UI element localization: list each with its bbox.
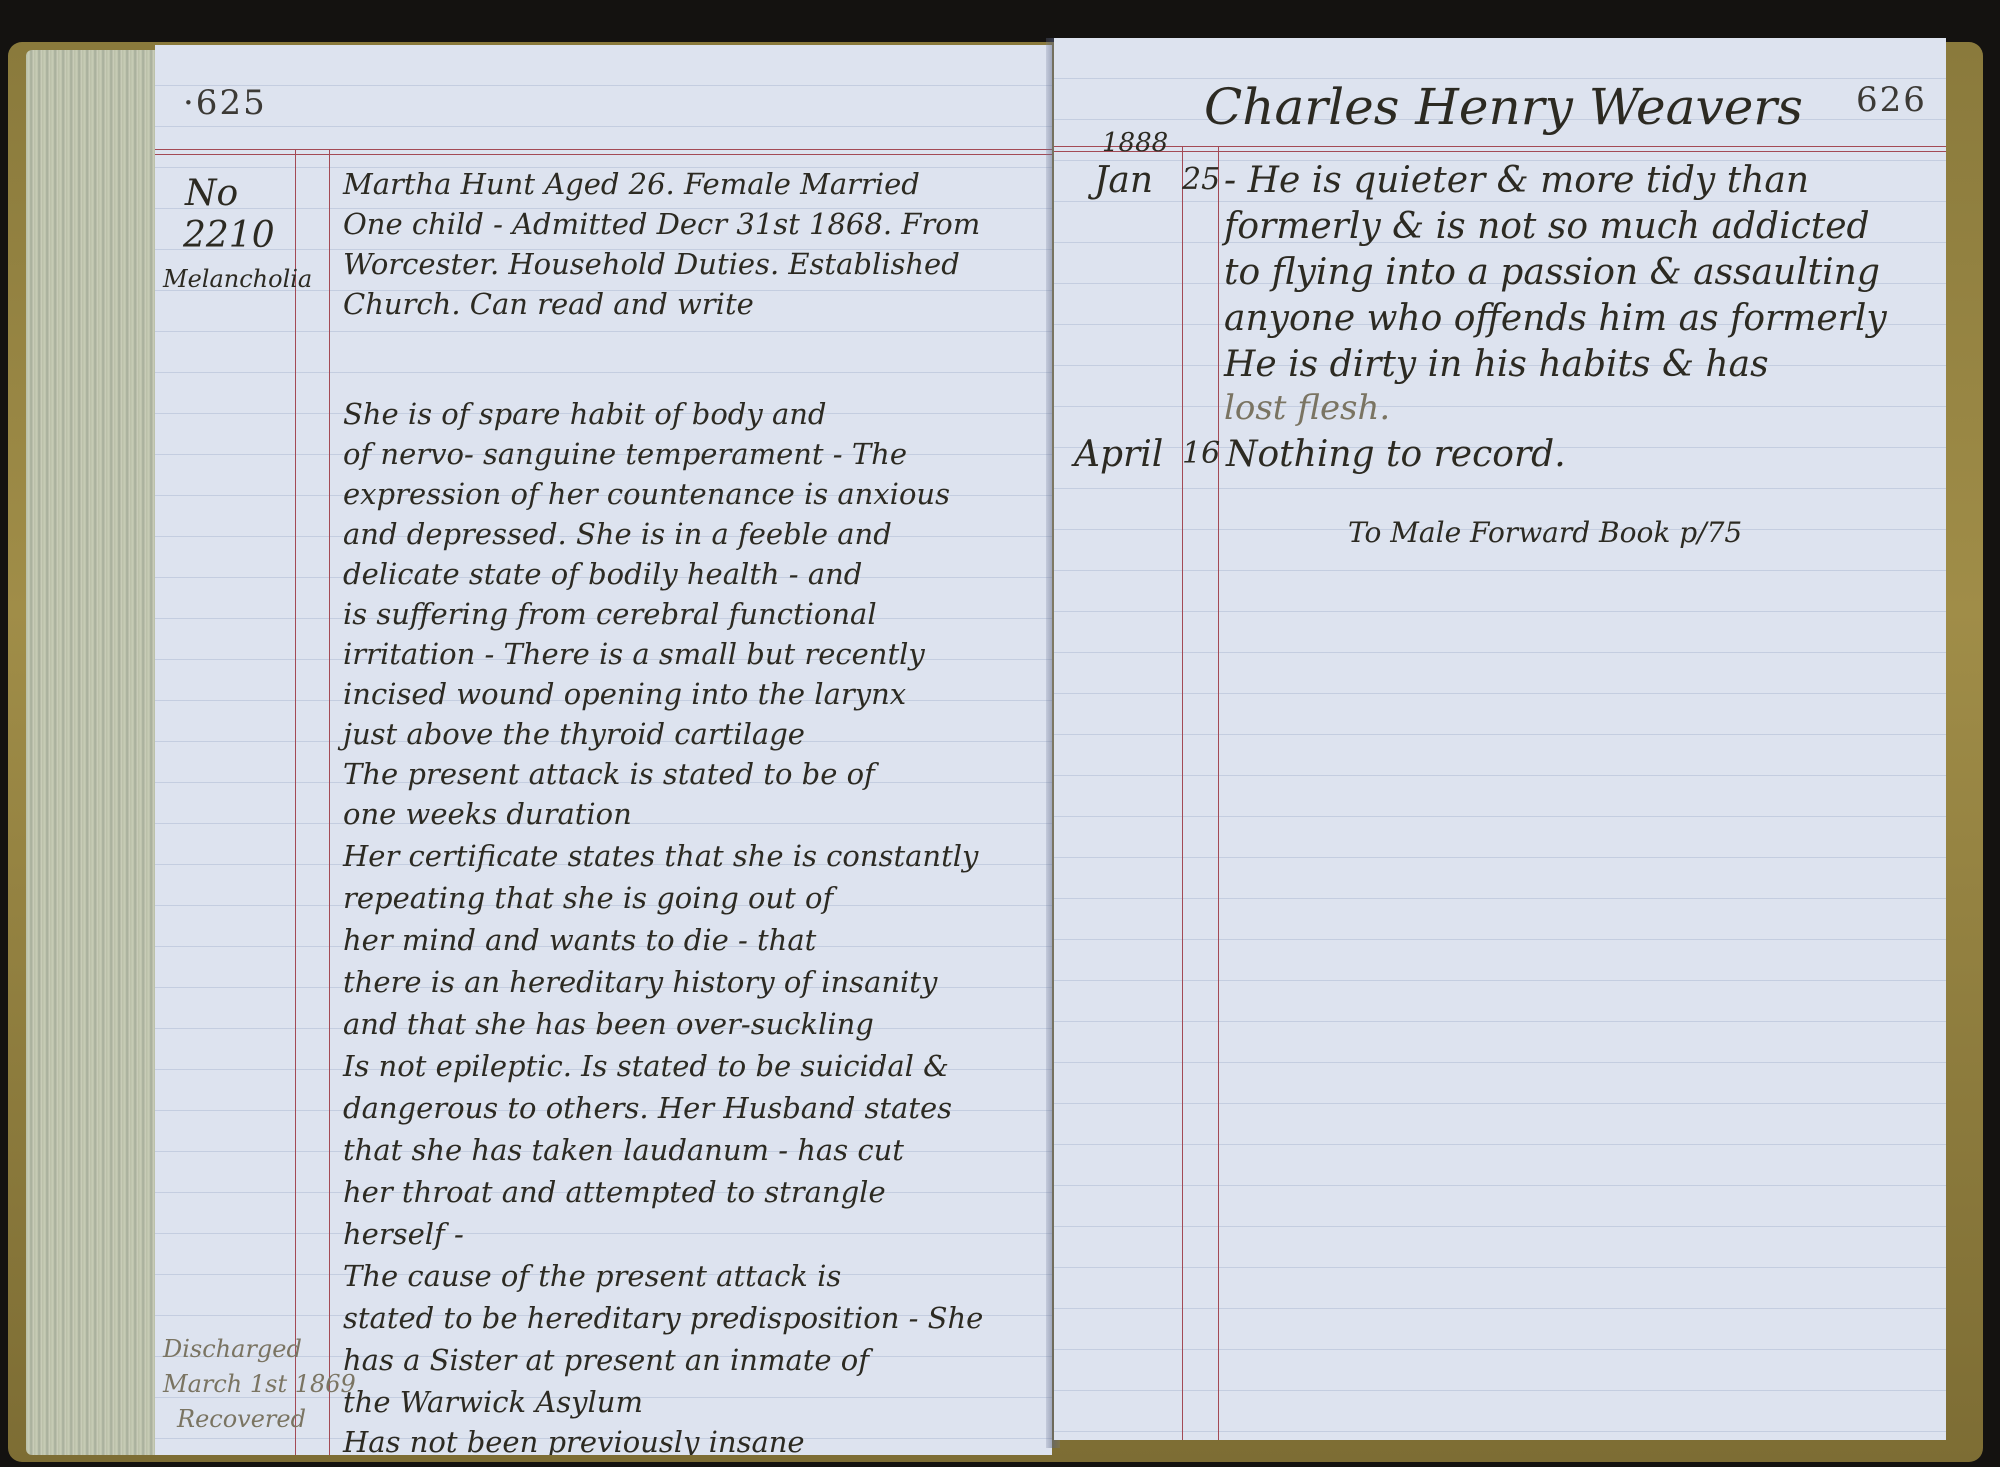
entry-line: herself -	[343, 1217, 464, 1251]
entry-line: repeating that she is going out of	[343, 881, 833, 915]
page-number-right: 626	[1856, 80, 1927, 120]
entry-month: April	[1074, 434, 1163, 475]
entry-year: 1888	[1102, 128, 1168, 158]
progress-note-line: - He is quieter & more tidy than	[1224, 160, 1809, 201]
date-rule-1	[1182, 146, 1183, 1440]
entry-month: Jan	[1094, 160, 1153, 201]
entry-line: One child - Admitted Decr 31st 1868. Fro…	[343, 207, 980, 241]
entry-line: Church. Can read and write	[343, 287, 754, 321]
entry-day: 16	[1182, 436, 1220, 471]
left-page: ·625 No 2210 Melancholia Discharged Marc…	[155, 45, 1052, 1455]
margin-rule-2	[329, 149, 330, 1455]
entry-line: Worcester. Household Duties. Established	[343, 247, 960, 281]
page-edges	[26, 50, 156, 1455]
margin-rule-1	[295, 149, 296, 1455]
entry-line: the Warwick Asylum	[343, 1385, 643, 1419]
discharge-date: March 1st 1869	[163, 1370, 356, 1398]
case-label: No	[185, 173, 238, 214]
entry-line: just above the thyroid cartilage	[343, 717, 805, 751]
header-rule	[1054, 146, 1946, 152]
entry-line: Her certificate states that she is const…	[343, 839, 978, 873]
entry-line: of nervo- sanguine temperament - The	[343, 437, 907, 471]
discharge-note: Discharged	[163, 1335, 302, 1363]
entry-line: Has not been previously insane	[343, 1425, 805, 1455]
progress-note-line: anyone who offends him as formerly	[1224, 298, 1887, 339]
progress-note-line: Nothing to record.	[1226, 434, 1566, 475]
patient-name-heading: Charles Henry Weavers	[1204, 78, 1803, 136]
entry-line: incised wound opening into the larynx	[343, 677, 906, 711]
progress-note-line: He is dirty in his habits & has	[1224, 344, 1769, 385]
entry-line: The cause of the present attack is	[343, 1259, 841, 1293]
entry-line: expression of her countenance is anxious	[343, 477, 950, 511]
entry-line: Martha Hunt Aged 26. Female Married	[343, 167, 920, 201]
header-rule	[155, 149, 1052, 155]
entry-line: that she has taken laudanum - has cut	[343, 1133, 904, 1167]
entry-line: irritation - There is a small but recent…	[343, 637, 925, 671]
entry-line: The present attack is stated to be of	[343, 757, 875, 791]
entry-line: her mind and wants to die - that	[343, 923, 816, 957]
date-rule-2	[1218, 146, 1219, 1440]
right-page: Charles Henry Weavers 626 1888 Jan 25 - …	[1054, 38, 1946, 1440]
progress-note-line: lost flesh.	[1224, 388, 1390, 428]
entry-line: dangerous to others. Her Husband states	[343, 1091, 952, 1125]
entry-line: stated to be hereditary predisposition -…	[343, 1301, 983, 1335]
progress-note-line: formerly & is not so much addicted	[1224, 206, 1870, 247]
entry-line: her throat and attempted to strangle	[343, 1175, 886, 1209]
entry-line: Is not epileptic. Is stated to be suicid…	[343, 1049, 949, 1083]
entry-line: is suffering from cerebral functional	[343, 597, 877, 631]
entry-day: 25	[1182, 162, 1220, 197]
case-number: 2210	[183, 215, 275, 256]
transfer-note: To Male Forward Book p/75	[1348, 516, 1742, 549]
entry-line: there is an hereditary history of insani…	[343, 965, 937, 999]
entry-line: and depressed. She is in a feeble and	[343, 517, 892, 551]
discharge-outcome: Recovered	[177, 1405, 306, 1433]
entry-line: one weeks duration	[343, 797, 632, 831]
progress-note-line: to flying into a passion & assaulting	[1224, 252, 1880, 293]
page-number-left: ·625	[183, 83, 267, 123]
entry-line: She is of spare habit of body and	[343, 397, 827, 431]
entry-line: and that she has been over-suckling	[343, 1007, 874, 1041]
entry-line: has a Sister at present an inmate of	[343, 1343, 869, 1377]
entry-line: delicate state of bodily health - and	[343, 557, 862, 591]
diagnosis: Melancholia	[163, 265, 312, 293]
